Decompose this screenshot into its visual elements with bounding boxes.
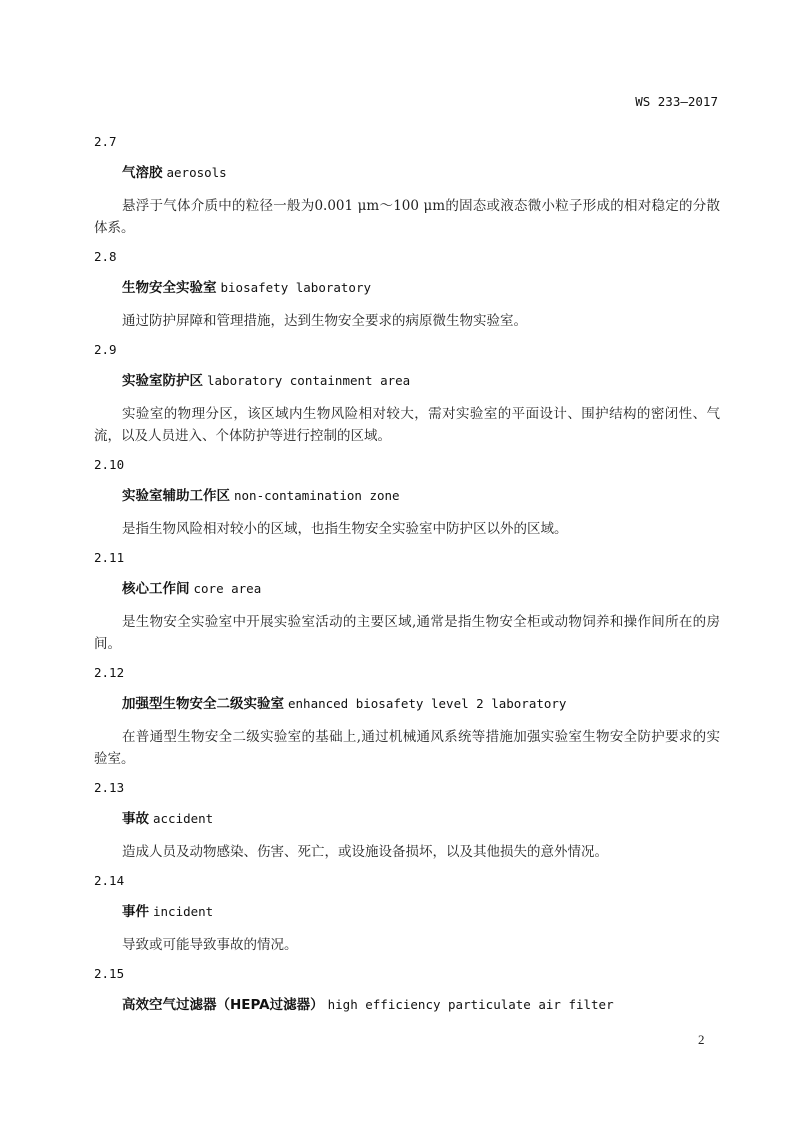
term-en: high efficiency particulate air filter bbox=[328, 997, 614, 1012]
term-definition: 造成人员及动物感染、伤害、死亡，或设施设备损坏，以及其他损失的意外情况。 bbox=[94, 841, 720, 863]
clause-number: 2.8 bbox=[94, 248, 720, 279]
term-en: non-contamination zone bbox=[234, 488, 400, 503]
term-en: aerosols bbox=[167, 165, 227, 180]
clause-number: 2.10 bbox=[94, 456, 720, 487]
clause-number: 2.13 bbox=[94, 779, 720, 810]
term-zh: 实验室防护区 bbox=[122, 373, 203, 389]
term-zh: 事件 bbox=[122, 904, 149, 920]
term-definition: 是指生物风险相对较小的区域，也指生物安全实验室中防护区以外的区域。 bbox=[94, 518, 720, 540]
term-en: laboratory containment area bbox=[207, 373, 410, 388]
clause-number: 2.12 bbox=[94, 664, 720, 695]
term-definition: 悬浮于气体介质中的粒径一般为0.001 μm～100 μm的固态或液态微小粒子形… bbox=[94, 195, 720, 239]
term-heading: 实验室防护区laboratory containment area bbox=[94, 372, 720, 403]
term-definition: 是生物安全实验室中开展实验室活动的主要区域,通常是指生物安全柜或动物饲养和操作间… bbox=[94, 611, 720, 655]
term-en: core area bbox=[194, 581, 262, 596]
term-heading: 加强型生物安全二级实验室enhanced biosafety level 2 l… bbox=[94, 695, 720, 726]
term-heading: 生物安全实验室biosafety laboratory bbox=[94, 279, 720, 310]
term-heading: 事件incident bbox=[94, 903, 720, 934]
term-zh: 加强型生物安全二级实验室 bbox=[122, 696, 284, 712]
term-en: accident bbox=[153, 811, 213, 826]
term-definition: 导致或可能导致事故的情况。 bbox=[94, 934, 720, 956]
term-zh: 气溶胶 bbox=[122, 165, 163, 181]
term-en: biosafety laboratory bbox=[221, 280, 372, 295]
term-zh: 实验室辅助工作区 bbox=[122, 488, 230, 504]
term-heading: 高效空气过滤器（HEPA过滤器）high efficiency particul… bbox=[94, 996, 720, 1027]
clause-number: 2.7 bbox=[94, 133, 720, 164]
term-definition: 在普通型生物安全二级实验室的基础上,通过机械通风系统等措施加强实验室生物安全防护… bbox=[94, 726, 720, 770]
term-zh: 高效空气过滤器（HEPA过滤器） bbox=[122, 997, 324, 1013]
term-heading: 核心工作间core area bbox=[94, 580, 720, 611]
term-definition: 实验室的物理分区，该区域内生物风险相对较大，需对实验室的平面设计、围护结构的密闭… bbox=[94, 403, 720, 447]
terms-list: 2.7 气溶胶aerosols 悬浮于气体介质中的粒径一般为0.001 μm～1… bbox=[94, 133, 720, 1027]
term-zh: 生物安全实验室 bbox=[122, 280, 217, 296]
term-zh: 核心工作间 bbox=[122, 581, 190, 597]
page-number: 2 bbox=[698, 1032, 705, 1048]
document-id: WS 233—2017 bbox=[635, 94, 718, 109]
term-heading: 实验室辅助工作区non-contamination zone bbox=[94, 487, 720, 518]
term-definition: 通过防护屏障和管理措施，达到生物安全要求的病原微生物实验室。 bbox=[94, 310, 720, 332]
term-heading: 气溶胶aerosols bbox=[94, 164, 720, 195]
term-heading: 事故accident bbox=[94, 810, 720, 841]
clause-number: 2.14 bbox=[94, 872, 720, 903]
term-en: enhanced biosafety level 2 laboratory bbox=[288, 696, 566, 711]
clause-number: 2.15 bbox=[94, 965, 720, 996]
term-zh: 事故 bbox=[122, 811, 149, 827]
term-en: incident bbox=[153, 904, 213, 919]
clause-number: 2.11 bbox=[94, 549, 720, 580]
clause-number: 2.9 bbox=[94, 341, 720, 372]
document-page: WS 233—2017 2.7 气溶胶aerosols 悬浮于气体介质中的粒径一… bbox=[0, 0, 794, 1123]
